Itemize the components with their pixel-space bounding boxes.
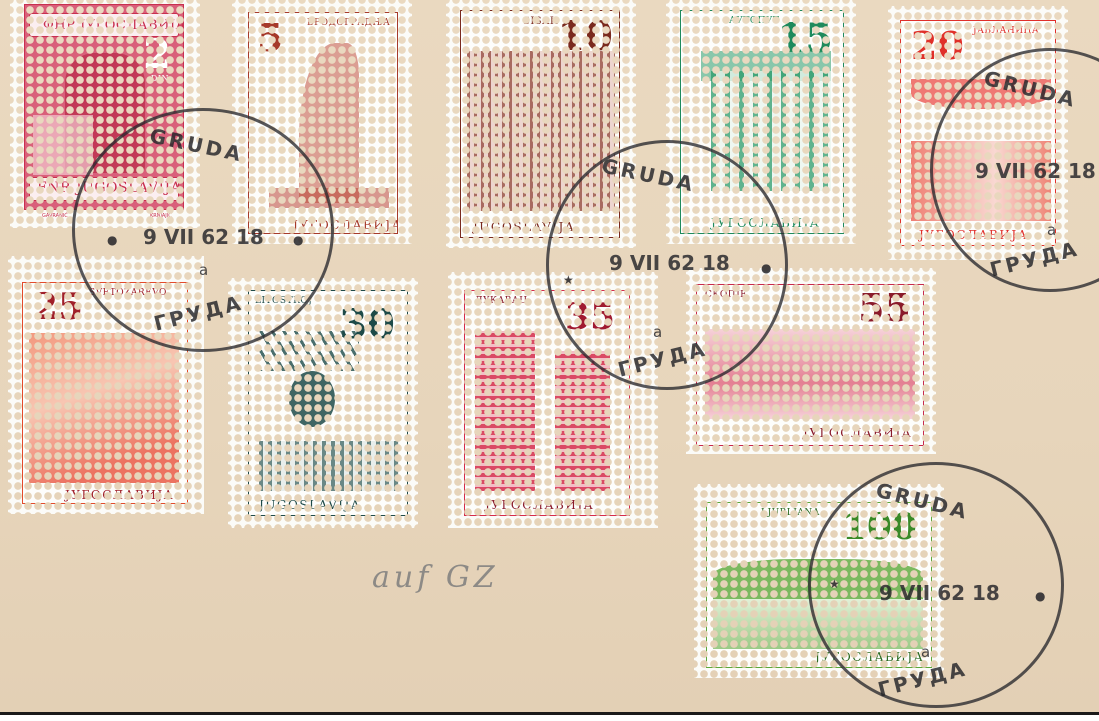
postmark-letter: a <box>1047 221 1056 239</box>
handwritten-note: auf GZ <box>372 560 499 595</box>
stamp-caption: SISAK <box>523 17 558 27</box>
postmark-date: 9 VII 62 18 <box>143 225 264 249</box>
stamp-caption: LJUBLJANA <box>761 509 820 518</box>
designer-left: GAVRANIĆ <box>42 213 68 219</box>
postmark-bottom-text: ГРУДА <box>987 236 1081 281</box>
star-icon: ● <box>1035 589 1045 603</box>
postmark-gruda-2: GRUDA ★ 9 VII 62 18 ● a ГРУДА <box>546 140 788 390</box>
postmark-top-text: GRUDA <box>600 153 698 196</box>
postmark-letter: a <box>653 323 662 341</box>
stamp-caption: ЛУКАВАЦ <box>475 297 528 306</box>
stamp-caption: АУТОПУТ <box>729 17 780 26</box>
star-icon: ★ <box>829 577 840 591</box>
star-icon: ★ <box>563 273 574 287</box>
postmark-date: 9 VII 62 18 <box>975 159 1096 183</box>
stamp-caption: БРОДОГРАДЊА <box>307 19 390 28</box>
stamp-value: 5 <box>257 19 283 57</box>
postmark-bottom-text: ГРУДА <box>875 656 969 701</box>
stamp-value: 55 <box>858 289 911 327</box>
postmark-date: 9 VII 62 18 <box>879 581 1000 605</box>
star-icon: ● <box>293 233 303 247</box>
stamp-value: 25 <box>33 289 83 325</box>
postmark-bottom-text: ГРУДА <box>615 336 709 381</box>
stamp-country: JUGOSLAVIJA <box>259 499 361 511</box>
stamp-value: 20 <box>911 27 964 65</box>
page-bottom-edge <box>0 712 1099 721</box>
postmark-letter: a <box>921 643 930 661</box>
postmark-gruda-1: GRUDA ● 9 VII 62 18 ● a ГРУДА <box>72 108 334 352</box>
currency: DIN <box>151 75 169 83</box>
stamp-value: 2 <box>143 35 171 75</box>
postmark-bottom-text: ГРУДА <box>151 290 245 335</box>
star-icon: ● <box>761 261 771 275</box>
postmark-top-text: GRUDA <box>874 478 972 524</box>
stamp-country: ЈУГОСЛАВИЈА <box>485 499 594 511</box>
postmark-gruda-4: GRUDA ★ 9 VII 62 18 ● a ГРУДА <box>808 462 1064 708</box>
postmark-date: 9 VII 62 18 <box>609 251 730 275</box>
stamp-country: ЈУГОСЛАВИЈА <box>65 489 174 501</box>
stamp-caption: ЈАБЛАНИЦА <box>973 27 1039 36</box>
postmark-top-text: GRUDA <box>982 66 1080 112</box>
stamp-country: ЈУГОСЛАВИЈА <box>803 427 912 439</box>
postmark-top-text: GRUDA <box>148 123 246 166</box>
star-icon: ● <box>107 233 117 247</box>
postmark-letter: a <box>199 261 208 279</box>
